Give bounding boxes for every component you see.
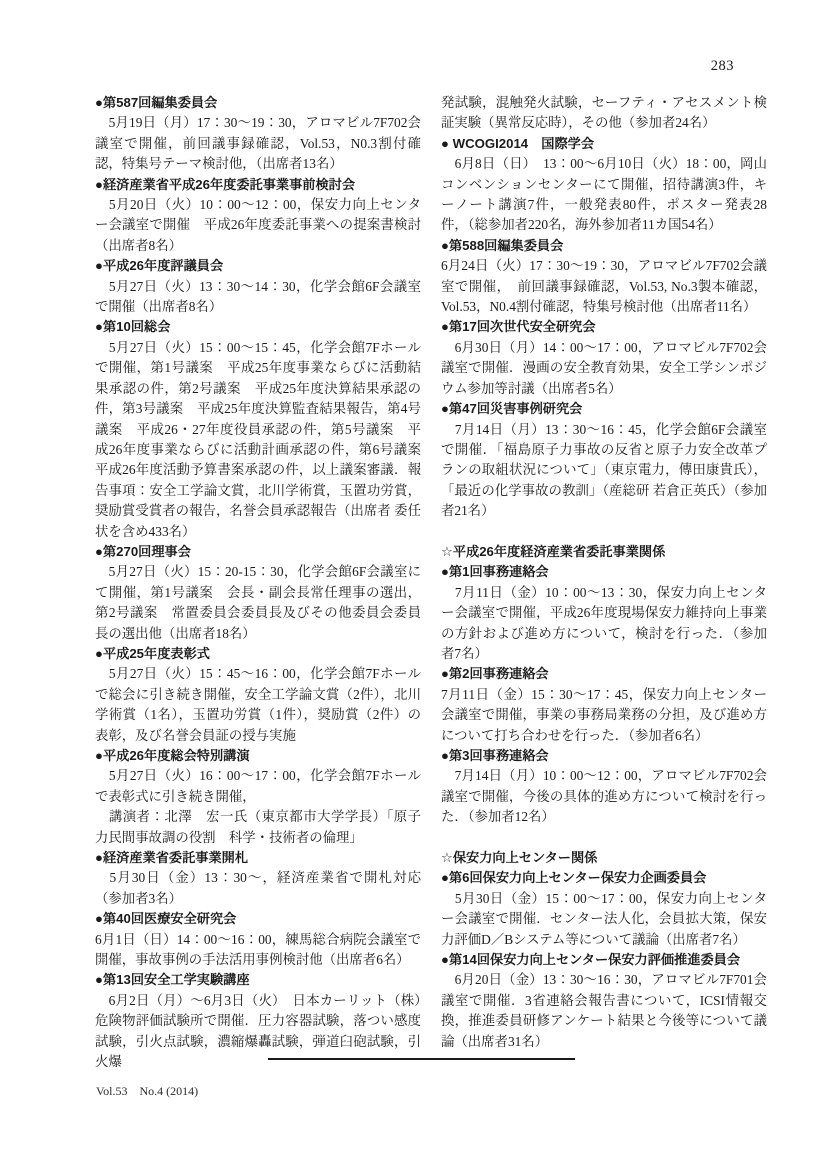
entry-paragraph: 5月27日（火）16：00～17：00，化学会館7Fホールで表彰式に引き続き開催… (95, 766, 421, 807)
entry-heading: ●経済産業省平成26年度委託事業事前検討会 (95, 175, 421, 195)
entry-heading: ●平成26年度総会特別講演 (95, 746, 421, 766)
entry-heading: ●第587回編集委員会 (95, 93, 421, 113)
entry-heading: ●第2回事務連絡会 (441, 664, 767, 684)
entry-paragraph: 5月27日（火）15：45～16：00，化学会館7Fホールで総会に引き続き開催，… (95, 664, 421, 746)
entry-heading: ●第47回災害事例研究会 (441, 399, 767, 419)
entry-paragraph: 5月27日（火）15：20-15：30，化学会館6F会議室にて開催，第1号議案 … (95, 562, 421, 644)
entry-heading: ● WCOGI2014 国際学会 (441, 134, 767, 154)
footer-divider (268, 1058, 575, 1060)
left-column: ●第587回編集委員会 5月19日（月）17：30～19：30，アロマビル7F7… (95, 93, 421, 1073)
entry-paragraph: 7月14日（月）10：00～12：00，アロマビル7F702会議室で開催，今後の… (441, 766, 767, 827)
entry-paragraph: 7月11日（金）10：00～13：30，保安力向上センター会議室で開催，平成26… (441, 583, 767, 665)
entry-paragraph: 6月1日（日）14：00～16：00，練馬総合病院会議室で開催，事故事例の手法活… (95, 930, 421, 971)
entry-heading: ●第1回事務連絡会 (441, 562, 767, 582)
entry-paragraph: 6月8日（日） 13：00～6月10日（火）18：00，岡山コンベンションセンタ… (441, 154, 767, 236)
entry-heading: ●第13回安全工学実験講座 (95, 970, 421, 990)
entry-heading: ●第6回保安力向上センター保安力企画委員会 (441, 868, 767, 888)
entry-heading: ●第270回理事会 (95, 542, 421, 562)
entry-heading: ●第588回編集委員会 (441, 236, 767, 256)
entry-heading: ●平成26年度評議員会 (95, 256, 421, 276)
entry-paragraph: 6月30日（月）14：00～17：00，アロマビル7F702会議室で開催．漫画の… (441, 338, 767, 399)
entry-paragraph: 講演者：北澤 宏一氏（東京都市大学学長）「原子力民間事故調の役割 科学・技術者の… (95, 807, 421, 848)
two-column-layout: ●第587回編集委員会 5月19日（月）17：30～19：30，アロマビル7F7… (95, 93, 767, 1073)
entry-paragraph: 6月20日（金）13：30～16：30，アロマビル7F701会議室で開催．3省連… (441, 970, 767, 1052)
page-number: 283 (711, 58, 734, 75)
entry-paragraph: 5月30日（金）13：30～，経済産業省で開札対応（参加者3名） (95, 868, 421, 909)
entry-paragraph: 5月19日（月）17：30～19：30，アロマビル7F702会議室で開催，前回議… (95, 113, 421, 174)
entry-paragraph: 7月11日（金）15：30～17：45，保安力向上センター会議室で開催，事業の事… (441, 685, 767, 746)
right-column: 発試験，混触発火試験，セーフティ・アセスメント検証実験（異常反応時），その他（参… (441, 93, 767, 1073)
entry-paragraph-continuation: 発試験，混触発火試験，セーフティ・アセスメント検証実験（異常反応時），その他（参… (441, 93, 767, 134)
entry-paragraph: 7月14日（月）13：30～16：45，化学会館6F会議室で開催．「福島原子力事… (441, 420, 767, 522)
entry-heading: ●第40回医療安全研究会 (95, 909, 421, 929)
entry-paragraph: 6月24日（火）17：30～19：30，アロマビル7F702会議室で開催， 前回… (441, 256, 767, 317)
entry-heading: ●第14回保安力向上センター保安力評価推進委員会 (441, 950, 767, 970)
section-heading: ☆平成26年度経済産業省委託事業関係 (441, 542, 767, 562)
entry-paragraph: 5月20日（火）10：00～12：00，保安力向上センター会議室で開催 平成26… (95, 195, 421, 256)
entry-paragraph: 5月27日（火）15：00～15：45，化学会館7Fホールで開催，第1号議案 平… (95, 338, 421, 542)
document-page: 283 ●第587回編集委員会 5月19日（月）17：30～19：30，アロマビ… (0, 0, 827, 1170)
footer-volume-label: Vol.53 No.4 (2014) (96, 1082, 198, 1099)
entry-paragraph: 5月30日（金）15：00～17：00，保安力向上センター会議室で開催．センター… (441, 889, 767, 950)
entry-heading: ●第3回事務連絡会 (441, 746, 767, 766)
section-heading: ☆保安力向上センター関係 (441, 848, 767, 868)
entry-heading: ●第10回総会 (95, 317, 421, 337)
entry-paragraph: 6月2日（月）～6月3日（火） 日本カーリット（株）危険物評価試験所で開催．圧力… (95, 991, 421, 1073)
entry-heading: ●経済産業省委託事業開札 (95, 848, 421, 868)
entry-heading: ●平成25年度表彰式 (95, 644, 421, 664)
entry-paragraph: 5月27日（火）13：30～14：30，化学会館6F会議室で開催（出席者8名） (95, 277, 421, 318)
entry-heading: ●第17回次世代安全研究会 (441, 317, 767, 337)
